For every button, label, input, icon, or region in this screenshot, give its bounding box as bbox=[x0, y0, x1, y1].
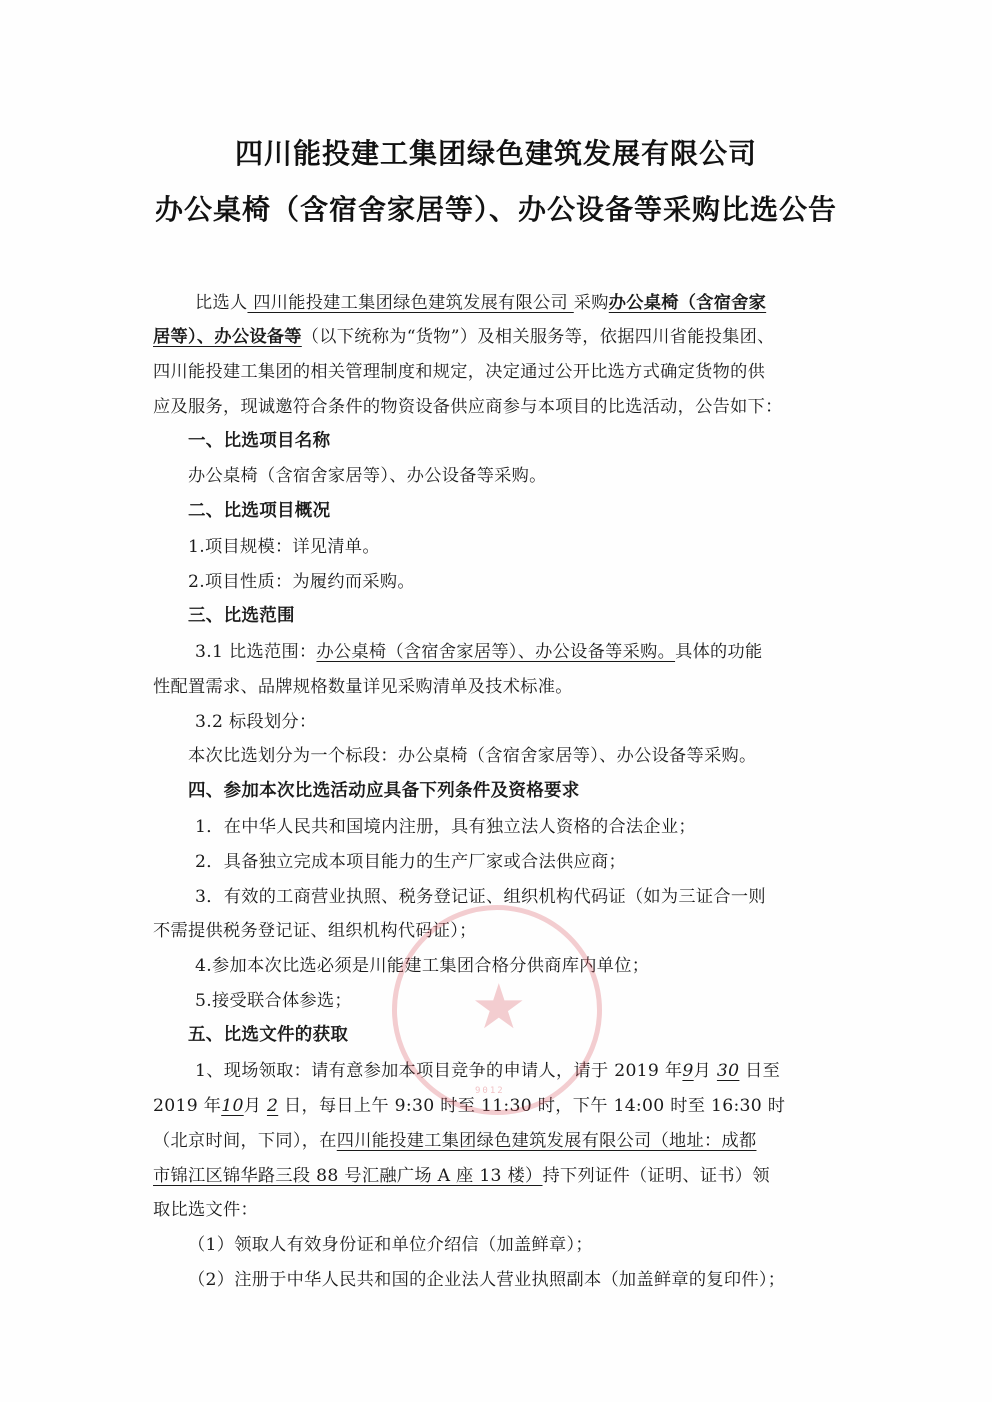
bidder-label: 比选人 bbox=[195, 293, 247, 313]
document-title-announcement: 办公桌椅（含宿舍家居等）、办公设备等采购比选公告 bbox=[0, 188, 992, 228]
section-4-item-5: 5.接受联合体参选； bbox=[195, 990, 895, 1012]
section-4-item-2: 2．具备独立完成本项目能力的生产厂家或合法供应商； bbox=[195, 851, 895, 873]
month-label: 月 bbox=[244, 1096, 267, 1116]
bidder-company: 四川能投建工集团绿色建筑发展有限公司 bbox=[247, 293, 573, 313]
section-3-heading: 三、比选范围 bbox=[188, 605, 888, 627]
intro-line-3: 四川能投建工集团的相关管理制度和规定，决定通过公开比选方式确定货物的供 bbox=[153, 361, 853, 383]
location-prefix: （北京时间，下同），在 bbox=[153, 1131, 337, 1151]
start-month: 9 bbox=[682, 1061, 693, 1081]
intro-text: （以下统称为“货物”）及相关服务等，依据四川省能投集团、 bbox=[302, 327, 775, 347]
end-month: 10 bbox=[221, 1096, 243, 1116]
section-4-item-3-line-2: 不需提供税务登记证、组织机构代码证）； bbox=[153, 920, 853, 942]
documents-required-text: 持下列证件（证明、证书）领 bbox=[543, 1166, 770, 1186]
intro-line-1: 比选人 四川能投建工集团绿色建筑发展有限公司 采购办公桌椅（含宿舍家 bbox=[195, 292, 895, 314]
scope-label: 3.1 比选范围： bbox=[195, 642, 316, 662]
section-5-para-line-4: 市锦江区锦华路三段 88 号汇融广场 A 座 13 楼）持下列证件（证明、证书）… bbox=[153, 1165, 853, 1187]
goods-name-part2: 居等）、办公设备等 bbox=[153, 327, 302, 347]
document-page: 四川能投建工集团绿色建筑发展有限公司 办公桌椅（含宿舍家居等）、办公设备等采购比… bbox=[0, 0, 992, 1402]
scope-value: 办公桌椅（含宿舍家居等）、办公设备等采购。 bbox=[316, 642, 675, 662]
section-1-heading: 一、比选项目名称 bbox=[188, 430, 888, 452]
section-5-item-2: （2）注册于中华人民共和国的企业法人营业执照副本（加盖鲜章的复印件）； bbox=[188, 1269, 888, 1291]
office-hours: 日，每日上午 9:30 时至 11:30 时，下午 14:00 时至 16:30… bbox=[278, 1096, 785, 1116]
purchase-label: 采购 bbox=[574, 293, 609, 313]
document-title-company: 四川能投建工集团绿色建筑发展有限公司 bbox=[0, 132, 992, 172]
section-2-item-2: 2.项目性质：为履约而采购。 bbox=[188, 571, 888, 593]
end-year: 2019 年 bbox=[153, 1096, 221, 1116]
pickup-address-part2: 市锦江区锦华路三段 88 号汇融广场 A 座 13 楼） bbox=[153, 1166, 543, 1186]
section-4-item-1: 1．在中华人民共和国境内注册，具有独立法人资格的合法企业； bbox=[195, 816, 895, 838]
section-4-item-4: 4.参加本次比选必须是川能建工集团合格分供商库内单位； bbox=[195, 955, 895, 977]
section-5-para-line-5: 取比选文件： bbox=[153, 1199, 853, 1221]
section-3-2-body: 本次比选划分为一个标段：办公桌椅（含宿舍家居等）、办公设备等采购。 bbox=[188, 745, 888, 767]
goods-name-part1: 办公桌椅（含宿舍家 bbox=[609, 293, 766, 313]
pickup-address-part1: 四川能投建工集团绿色建筑发展有限公司（地址：成都 bbox=[337, 1131, 757, 1151]
section-4-heading: 四、参加本次比选活动应具备下列条件及资格要求 bbox=[188, 780, 888, 802]
section-5-para-line-3: （北京时间，下同），在四川能投建工集团绿色建筑发展有限公司（地址：成都 bbox=[153, 1130, 853, 1152]
section-4-item-3-line-1: 3．有效的工商营业执照、税务登记证、组织机构代码证（如为三证合一则 bbox=[195, 886, 895, 908]
section-5-para-line-1: 1、现场领取：请有意参加本项目竞争的申请人，请于 2019 年9月 30 日至 bbox=[195, 1060, 895, 1082]
month-label: 月 bbox=[694, 1061, 717, 1081]
pickup-text: 1、现场领取：请有意参加本项目竞争的申请人，请于 2019 年 bbox=[195, 1061, 682, 1081]
section-2-heading: 二、比选项目概况 bbox=[188, 500, 888, 522]
scope-suffix: 具体的功能 bbox=[675, 642, 762, 662]
intro-line-4: 应及服务，现诚邀符合条件的物资设备供应商参与本项目的比选活动，公告如下： bbox=[153, 396, 853, 418]
start-day: 30 bbox=[717, 1061, 739, 1081]
section-5-para-line-2: 2019 年10月 2 日，每日上午 9:30 时至 11:30 时，下午 14… bbox=[153, 1095, 853, 1117]
section-3-1-line-1: 3.1 比选范围：办公桌椅（含宿舍家居等）、办公设备等采购。具体的功能 bbox=[195, 641, 895, 663]
section-5-heading: 五、比选文件的获取 bbox=[188, 1024, 888, 1046]
section-1-body: 办公桌椅（含宿舍家居等）、办公设备等采购。 bbox=[188, 465, 888, 487]
section-3-2: 3.2 标段划分： bbox=[195, 711, 895, 733]
section-3-1-line-2: 性配置需求、品牌规格数量详见采购清单及技术标准。 bbox=[153, 676, 853, 698]
section-5-item-1: （1）领取人有效身份证和单位介绍信（加盖鲜章）； bbox=[188, 1234, 888, 1256]
day-to-label: 日至 bbox=[739, 1061, 780, 1081]
section-2-item-1: 1.项目规模：详见清单。 bbox=[188, 536, 888, 558]
end-day: 2 bbox=[267, 1096, 278, 1116]
intro-line-2: 居等）、办公设备等（以下统称为“货物”）及相关服务等，依据四川省能投集团、 bbox=[153, 326, 853, 348]
